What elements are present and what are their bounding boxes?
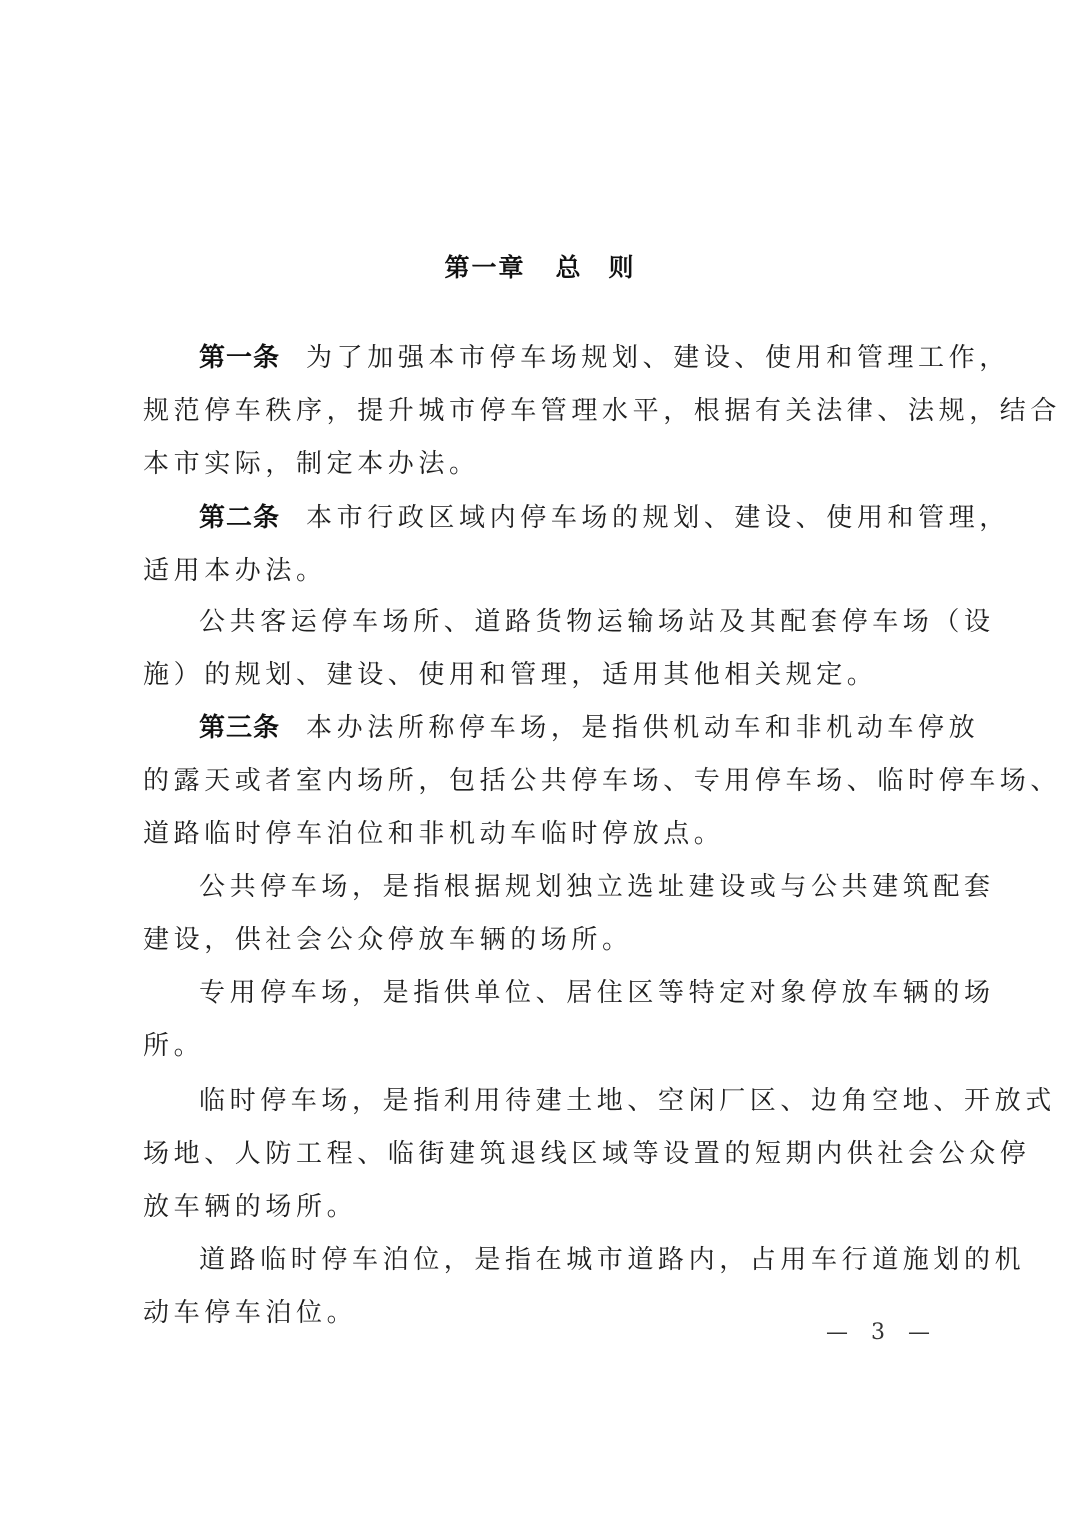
article-1-line-1: 第一条为了加强本市停车场规划、建设、使用和管理工作， <box>199 340 943 376</box>
article-2-para-2-line-1: 公共客运停车场所、道路货物运输场站及其配套停车场（设 <box>199 604 943 640</box>
chapter-title-word-2: 则 <box>609 253 636 282</box>
public-parking-line-2: 建设，供社会公众停放车辆的场所。 <box>143 922 943 958</box>
road-berth-line-2: 动车停车泊位。 <box>143 1295 943 1331</box>
temporary-parking-line-1: 临时停车场，是指利用待建土地、空闲厂区、边角空地、开放式 <box>199 1083 943 1119</box>
chapter-title: 第一章总则 <box>0 248 1080 284</box>
dedicated-parking-line-1: 专用停车场，是指供单位、居住区等特定对象停放车辆的场 <box>199 975 943 1011</box>
road-berth-line-1: 道路临时停车泊位，是指在城市道路内，占用车行道施划的机 <box>199 1242 943 1278</box>
article-3-line-2: 的露天或者室内场所，包括公共停车场、专用停车场、临时停车场、 <box>143 763 943 799</box>
temporary-parking-line-3: 放车辆的场所。 <box>143 1189 943 1225</box>
article-label: 第二条 <box>199 503 280 533</box>
article-3-line-1: 第三条本办法所称停车场，是指供机动车和非机动车停放 <box>199 710 943 746</box>
article-text: 为了加强本市停车场规划、建设、使用和管理工作， <box>306 343 1010 373</box>
page-number: — 3 — <box>826 1320 938 1345</box>
article-1-line-2: 规范停车秩序，提升城市停车管理水平，根据有关法律、法规，结合 <box>143 393 943 429</box>
dedicated-parking-line-2: 所。 <box>143 1028 943 1064</box>
article-1-line-3: 本市实际，制定本办法。 <box>143 446 943 482</box>
public-parking-line-1: 公共停车场，是指根据规划独立选址建设或与公共建筑配套 <box>199 869 943 905</box>
article-label: 第三条 <box>199 713 280 743</box>
article-label: 第一条 <box>199 343 280 373</box>
article-2-para-2-line-2: 施）的规划、建设、使用和管理，适用其他相关规定。 <box>143 657 943 693</box>
article-3-line-3: 道路临时停车泊位和非机动车临时停放点。 <box>143 816 943 852</box>
chapter-title-number: 第一章 <box>444 253 525 282</box>
temporary-parking-line-2: 场地、人防工程、临街建筑退线区域等设置的短期内供社会公众停 <box>143 1136 943 1172</box>
document-page: 第一章总则 第一条为了加强本市停车场规划、建设、使用和管理工作， 规范停车秩序，… <box>0 0 1080 1527</box>
chapter-title-word-1: 总 <box>555 253 582 282</box>
article-2-line-1: 第二条本市行政区域内停车场的规划、建设、使用和管理， <box>199 500 943 536</box>
article-text: 本市行政区域内停车场的规划、建设、使用和管理， <box>306 503 1010 533</box>
article-2-line-2: 适用本办法。 <box>143 553 943 589</box>
article-text: 本办法所称停车场，是指供机动车和非机动车停放 <box>306 713 979 743</box>
